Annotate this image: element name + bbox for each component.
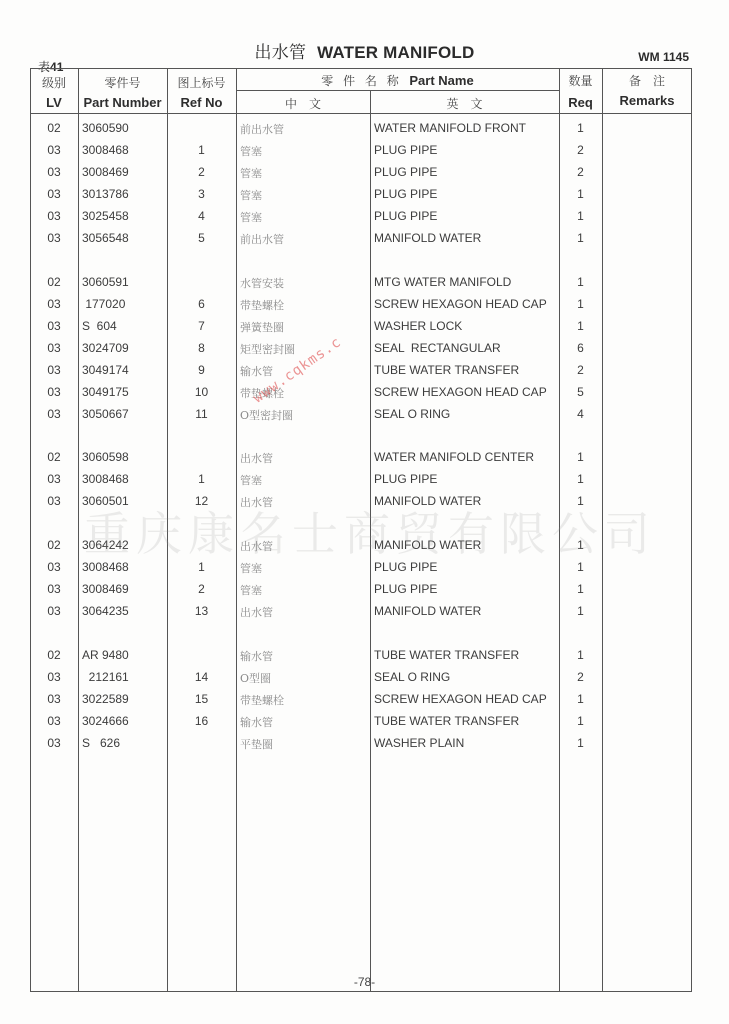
quantity-cell: 2 (559, 363, 602, 377)
header-name-chinese: 中 文 (236, 95, 370, 112)
table-row: 0330491749输水管TUBE WATER TRANSFER2 (30, 360, 692, 382)
header-part-name: 零 件 名 称 Part Name (236, 72, 559, 89)
name-english-cell: WASHER PLAIN (374, 736, 464, 750)
table-row: 03305066711O型密封圈SEAL O RING4 (30, 404, 692, 426)
name-chinese-cell: 输水管 (240, 363, 273, 379)
ref-no-cell: 13 (167, 604, 236, 618)
document-code: WM 1145 (638, 50, 689, 64)
part-number-cell: 3024666 (82, 714, 129, 728)
table-row: 0330137863管塞PLUG PIPE1 (30, 184, 692, 206)
name-chinese-cell: 管塞 (240, 143, 262, 159)
quantity-cell: 1 (559, 209, 602, 223)
name-english-cell: PLUG PIPE (374, 472, 437, 486)
table-row: 03S 626平垫圈WASHER PLAIN1 (30, 733, 692, 755)
table-row: 03306050112出水管MANIFOLD WATER1 (30, 491, 692, 513)
quantity-cell: 1 (559, 604, 602, 618)
level-cell: 03 (30, 363, 78, 377)
header-req-cn: 数量 (559, 72, 602, 89)
name-chinese-cell: 矩型密封圈 (240, 341, 295, 357)
table-row: 023064242出水管MANIFOLD WATER1 (30, 535, 692, 557)
quantity-cell: 1 (559, 494, 602, 508)
level-cell: 02 (30, 450, 78, 464)
part-number-cell: 212161 (82, 670, 129, 684)
level-cell: 02 (30, 275, 78, 289)
header-part-number-cn: 零件号 (78, 74, 167, 91)
level-cell: 03 (30, 297, 78, 311)
name-english-cell: TUBE WATER TRANSFER (374, 648, 519, 662)
header-part-number-en: Part Number (78, 95, 167, 110)
table-row: 0330084692管塞PLUG PIPE2 (30, 162, 692, 184)
page-title: 出水管 WATER MANIFOLD (0, 38, 729, 63)
level-cell: 02 (30, 538, 78, 552)
header-req-en: Req (559, 95, 602, 110)
name-english-cell: SCREW HEXAGON HEAD CAP (374, 297, 547, 311)
part-number-cell: 3060598 (82, 450, 129, 464)
name-chinese-cell: 出水管 (240, 494, 273, 510)
part-number-cell: 3060591 (82, 275, 129, 289)
quantity-cell: 1 (559, 736, 602, 750)
name-chinese-cell: 出水管 (240, 538, 273, 554)
name-chinese-cell: 前出水管 (240, 121, 284, 137)
part-number-cell: 3056548 (82, 231, 129, 245)
ref-no-cell: 8 (167, 341, 236, 355)
name-chinese-cell: 平垫圈 (240, 736, 273, 752)
quantity-cell: 4 (559, 407, 602, 421)
name-english-cell: MANIFOLD WATER (374, 231, 481, 245)
level-cell: 02 (30, 121, 78, 135)
ref-no-cell: 14 (167, 670, 236, 684)
quantity-cell: 1 (559, 319, 602, 333)
level-cell: 03 (30, 143, 78, 157)
quantity-cell: 1 (559, 582, 602, 596)
ref-no-cell: 5 (167, 231, 236, 245)
name-chinese-cell: O型圈 (240, 670, 271, 686)
ref-no-cell: 16 (167, 714, 236, 728)
part-number-cell: 3008468 (82, 472, 129, 486)
level-cell: 02 (30, 648, 78, 662)
ref-no-cell: 1 (167, 143, 236, 157)
part-number-cell: 3064235 (82, 604, 129, 618)
name-chinese-cell: 管塞 (240, 560, 262, 576)
part-number-cell: 3008468 (82, 143, 129, 157)
table-row: 03306423513出水管MANIFOLD WATER1 (30, 601, 692, 623)
ref-no-cell: 3 (167, 187, 236, 201)
part-number-cell: 3008468 (82, 560, 129, 574)
quantity-cell: 2 (559, 143, 602, 157)
name-english-cell: SEAL O RING (374, 407, 450, 421)
header-ref-no-cn: 图上标号 (167, 74, 236, 91)
header-ref-no-en: Ref No (167, 95, 236, 110)
name-chinese-cell: 出水管 (240, 450, 273, 466)
quantity-cell: 1 (559, 472, 602, 486)
ref-no-cell: 11 (167, 407, 236, 421)
level-cell: 03 (30, 670, 78, 684)
name-english-cell: PLUG PIPE (374, 560, 437, 574)
part-number-cell: 3060590 (82, 121, 129, 135)
name-english-cell: PLUG PIPE (374, 187, 437, 201)
name-english-cell: WATER MANIFOLD FRONT (374, 121, 526, 135)
table-row: 023060590前出水管WATER MANIFOLD FRONT1 (30, 118, 692, 140)
name-chinese-cell: 管塞 (240, 582, 262, 598)
name-chinese-cell: 前出水管 (240, 231, 284, 247)
table-row: 0330254584管塞PLUG PIPE1 (30, 206, 692, 228)
level-cell: 03 (30, 604, 78, 618)
level-cell: 03 (30, 560, 78, 574)
header-lv-en: LV (30, 95, 78, 110)
page-number: -78- (0, 975, 729, 989)
ref-no-cell: 7 (167, 319, 236, 333)
part-number-cell: 3008469 (82, 582, 129, 596)
ref-no-cell: 10 (167, 385, 236, 399)
header-remarks-en: Remarks (602, 93, 692, 108)
quantity-cell: 1 (559, 121, 602, 135)
quantity-cell: 5 (559, 385, 602, 399)
ref-no-cell: 15 (167, 692, 236, 706)
part-number-cell: 3049175 (82, 385, 129, 399)
quantity-cell: 2 (559, 165, 602, 179)
header-bottom-rule (30, 113, 692, 114)
ref-no-cell: 2 (167, 165, 236, 179)
name-chinese-cell: 管塞 (240, 165, 262, 181)
level-cell: 03 (30, 736, 78, 750)
name-english-cell: SCREW HEXAGON HEAD CAP (374, 385, 547, 399)
table-row: 03302466616输水管TUBE WATER TRANSFER1 (30, 711, 692, 733)
ref-no-cell: 4 (167, 209, 236, 223)
part-number-cell: 3060501 (82, 494, 129, 508)
part-number-cell: 3064242 (82, 538, 129, 552)
name-chinese-cell: 出水管 (240, 604, 273, 620)
part-number-cell: 3049174 (82, 363, 129, 377)
level-cell: 03 (30, 209, 78, 223)
part-number-cell: AR 9480 (82, 648, 129, 662)
table-row: 023060598出水管WATER MANIFOLD CENTER1 (30, 447, 692, 469)
table-row: 03 21216114O型圈SEAL O RING2 (30, 667, 692, 689)
table-row: 0330084692管塞PLUG PIPE1 (30, 579, 692, 601)
level-cell: 03 (30, 319, 78, 333)
quantity-cell: 1 (559, 538, 602, 552)
quantity-cell: 1 (559, 231, 602, 245)
table-row: 03302258915带垫螺栓SCREW HEXAGON HEAD CAP1 (30, 689, 692, 711)
name-chinese-cell: 输水管 (240, 714, 273, 730)
level-cell: 03 (30, 187, 78, 201)
name-english-cell: PLUG PIPE (374, 209, 437, 223)
part-number-cell: 3022589 (82, 692, 129, 706)
name-english-cell: PLUG PIPE (374, 143, 437, 157)
level-cell: 03 (30, 472, 78, 486)
part-number-cell: 3024709 (82, 341, 129, 355)
ref-no-cell: 12 (167, 494, 236, 508)
table-row: 02AR 9480输水管TUBE WATER TRANSFER1 (30, 645, 692, 667)
level-cell: 03 (30, 582, 78, 596)
header-lv-cn: 级别 (30, 74, 78, 91)
level-cell: 03 (30, 165, 78, 179)
table-row: 03304917510带垫螺栓SCREW HEXAGON HEAD CAP5 (30, 382, 692, 404)
name-chinese-cell: 带垫螺栓 (240, 692, 284, 708)
table-row: 0330084681管塞PLUG PIPE1 (30, 557, 692, 579)
name-english-cell: SEAL O RING (374, 670, 450, 684)
name-chinese-cell: 带垫螺栓 (240, 385, 284, 401)
name-english-cell: PLUG PIPE (374, 165, 437, 179)
header-remarks-cn: 备 注 (602, 72, 692, 89)
quantity-cell: 1 (559, 450, 602, 464)
table-row: 03S 6047弹簧垫圈WASHER LOCK1 (30, 316, 692, 338)
table-row: 0330565485前出水管MANIFOLD WATER1 (30, 228, 692, 250)
quantity-cell: 1 (559, 297, 602, 311)
quantity-cell: 1 (559, 714, 602, 728)
part-number-cell: S 604 (82, 319, 117, 333)
level-cell: 03 (30, 407, 78, 421)
name-chinese-cell: 水管安装 (240, 275, 284, 291)
ref-no-cell: 6 (167, 297, 236, 311)
name-chinese-cell: 输水管 (240, 648, 273, 664)
name-chinese-cell: O型密封圈 (240, 407, 293, 423)
quantity-cell: 2 (559, 670, 602, 684)
part-number-cell: 177020 (82, 297, 125, 311)
header-part-name-cn: 零 件 名 称 (321, 74, 401, 88)
table-row: 03 1770206带垫螺栓SCREW HEXAGON HEAD CAP1 (30, 294, 692, 316)
name-english-cell: MANIFOLD WATER (374, 494, 481, 508)
ref-no-cell: 1 (167, 560, 236, 574)
table-row: 0330084681管塞PLUG PIPE1 (30, 469, 692, 491)
header-part-name-en: Part Name (409, 73, 473, 88)
table-row: 0330247098矩型密封圈SEAL RECTANGULAR6 (30, 338, 692, 360)
table-row: 023060591水管安装MTG WATER MANIFOLD1 (30, 272, 692, 294)
name-chinese-cell: 弹簧垫圈 (240, 319, 284, 335)
header-name-english: 英 文 (370, 95, 559, 112)
name-english-cell: SCREW HEXAGON HEAD CAP (374, 692, 547, 706)
name-chinese-cell: 管塞 (240, 209, 262, 225)
title-chinese: 出水管 (255, 43, 307, 63)
name-english-cell: MTG WATER MANIFOLD (374, 275, 511, 289)
level-cell: 03 (30, 385, 78, 399)
quantity-cell: 1 (559, 275, 602, 289)
name-english-cell: WATER MANIFOLD CENTER (374, 450, 534, 464)
level-cell: 03 (30, 231, 78, 245)
quantity-cell: 1 (559, 187, 602, 201)
level-cell: 03 (30, 494, 78, 508)
header-subdivider (236, 90, 559, 91)
name-english-cell: WASHER LOCK (374, 319, 462, 333)
name-english-cell: MANIFOLD WATER (374, 604, 481, 618)
table-row: 0330084681管塞PLUG PIPE2 (30, 140, 692, 162)
part-number-cell: 3050667 (82, 407, 129, 421)
quantity-cell: 1 (559, 648, 602, 662)
quantity-cell: 1 (559, 560, 602, 574)
name-chinese-cell: 管塞 (240, 187, 262, 203)
name-english-cell: PLUG PIPE (374, 582, 437, 596)
part-number-cell: S 626 (82, 736, 120, 750)
ref-no-cell: 9 (167, 363, 236, 377)
level-cell: 03 (30, 692, 78, 706)
quantity-cell: 1 (559, 692, 602, 706)
quantity-cell: 6 (559, 341, 602, 355)
ref-no-cell: 1 (167, 472, 236, 486)
title-english: WATER MANIFOLD (317, 43, 474, 62)
part-number-cell: 3008469 (82, 165, 129, 179)
level-cell: 03 (30, 341, 78, 355)
name-english-cell: SEAL RECTANGULAR (374, 341, 501, 355)
part-number-cell: 3013786 (82, 187, 129, 201)
name-english-cell: MANIFOLD WATER (374, 538, 481, 552)
name-english-cell: TUBE WATER TRANSFER (374, 363, 519, 377)
ref-no-cell: 2 (167, 582, 236, 596)
part-number-cell: 3025458 (82, 209, 129, 223)
name-chinese-cell: 管塞 (240, 472, 262, 488)
level-cell: 03 (30, 714, 78, 728)
name-english-cell: TUBE WATER TRANSFER (374, 714, 519, 728)
name-chinese-cell: 带垫螺栓 (240, 297, 284, 313)
